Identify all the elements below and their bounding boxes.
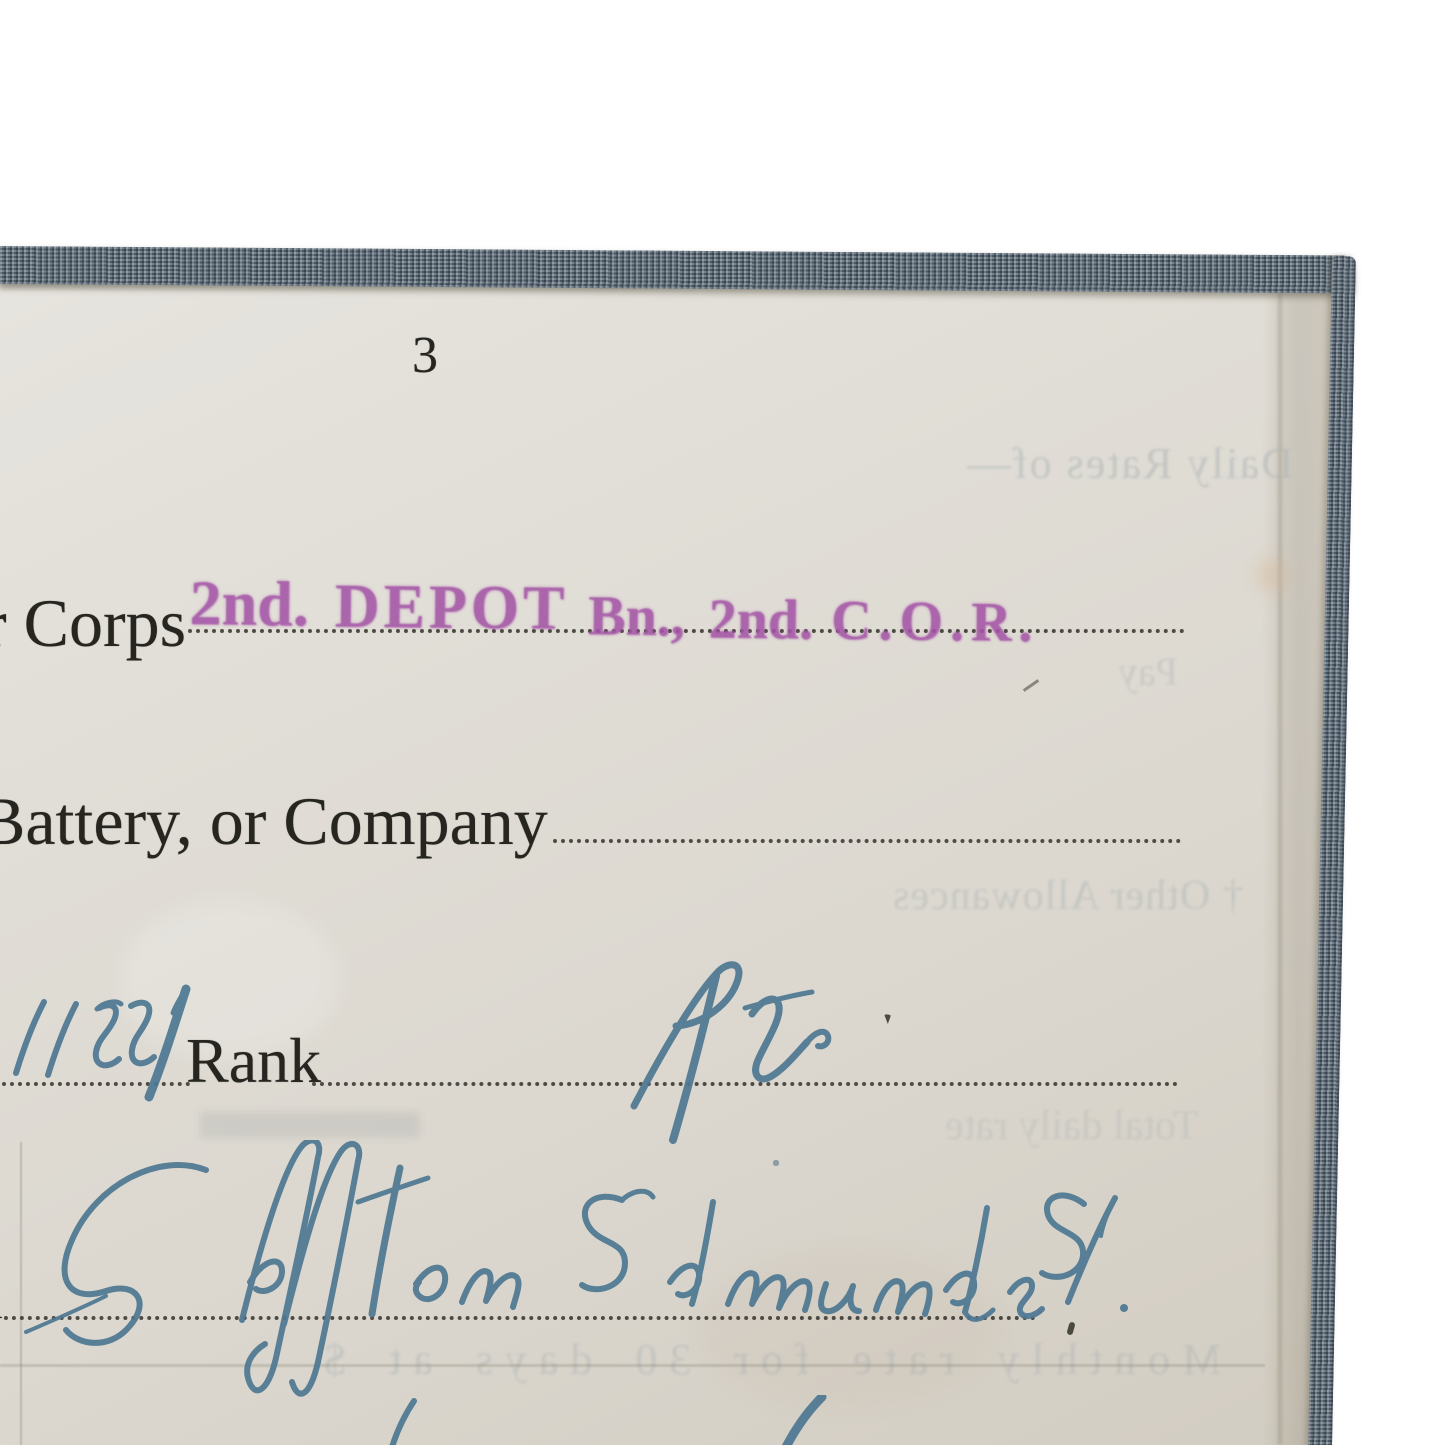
rank-handwriting: Pte (600, 950, 860, 1150)
stamp-part: Bn., (588, 584, 685, 649)
regimental-number-strokes (0, 975, 200, 1115)
stamp-part: 2nd. (189, 566, 309, 641)
bottom-pen-strokes (370, 1395, 830, 1445)
bleedthrough-daily-rates: Daily Rates of— (965, 438, 1293, 489)
unit-stamp: 2nd. DEPOT Bn., 2nd. C.O.R. (189, 566, 1040, 655)
bleedthrough-other-allowances: † Other Allowances (892, 872, 1244, 920)
battery-label: Battery, or Company (0, 782, 548, 861)
address-label-fragment: l (0, 1276, 3, 1329)
battery-dotted-line (553, 839, 1181, 843)
paper-stain (1258, 560, 1284, 590)
stamp-part: DEPOT (334, 572, 568, 645)
bleedthrough-smudge (200, 1112, 420, 1138)
rank-label: Rank (186, 1024, 321, 1098)
page-number: 3 (412, 326, 438, 385)
stamp-part: C.O.R. (831, 589, 1040, 655)
rank-strokes (600, 950, 860, 1150)
corps-label: r Corps (0, 584, 186, 663)
ink-dot (773, 1160, 779, 1166)
bleedthrough-pay: Pay (1118, 648, 1178, 695)
paybook-photo: Daily Rates of— Pay † Other Allowances T… (0, 0, 1445, 1445)
bottom-strokes (370, 1395, 830, 1445)
regimental-number-handwriting: 11551 (0, 975, 200, 1115)
stamp-part: 2nd. (708, 587, 813, 652)
